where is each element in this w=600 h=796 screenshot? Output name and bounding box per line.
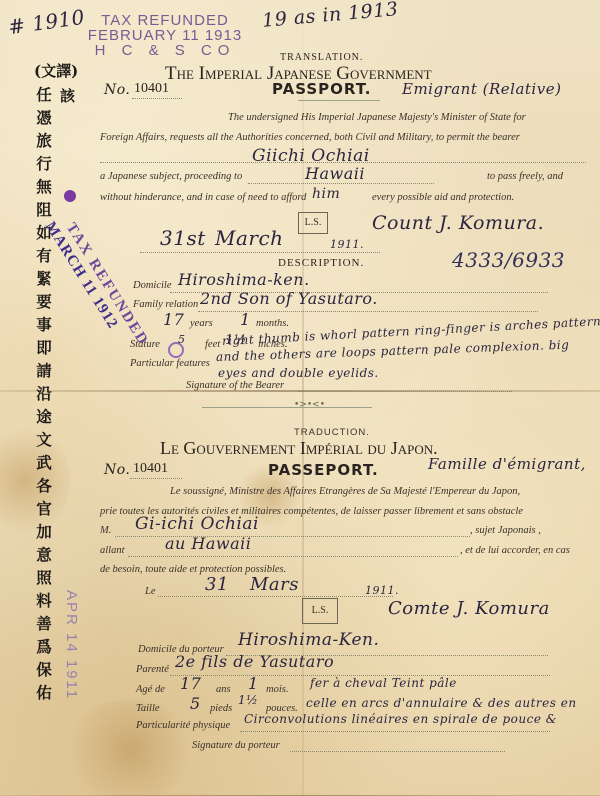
bearer-name: Giichi Ochiai [252,146,370,166]
passport-number: 10401 [134,81,169,97]
kanji: 沿 [33,382,55,405]
domicile-label: Domicile [133,280,172,291]
stature-feet: 5 [178,333,186,346]
french-line-1: Le soussigné, Ministre des Affaires Etra… [170,486,520,497]
le-label: Le [145,586,156,597]
description-heading: DESCRIPTION. [278,257,364,269]
japanese-text-column: 任 憑 旅 行 無 阻 如 有 緊 要 事 即 請 沿 途 文 武 各 官 加 … [33,83,55,704]
english-line-3-prefix: a Japanese subject, proceeding to [100,171,242,182]
traduction-label: TRADUCTION. [294,427,370,438]
months-label: months. [256,318,289,329]
stamp-line: FEBRUARY 11 1913 [80,28,250,43]
kanji: 料 [33,589,55,612]
stature-label: Stature [130,339,160,350]
kanji: 保 [33,658,55,681]
age-years-value: 17 [163,310,184,329]
kanji: 照 [33,566,55,589]
kanji: 意 [33,543,55,566]
pronoun: him [312,186,340,202]
kanji: 文 [33,428,55,451]
japanese-header: (文譯) [34,60,78,81]
kanji: 官 [33,497,55,520]
pieds-label: pieds [210,703,232,714]
stamp-line: H C & S CO [80,43,250,58]
japanese-char: 該 [60,85,75,106]
kanji: 各 [33,474,55,497]
issue-month-fr: Mars [250,574,299,595]
reference-number: 4333/6933 [452,248,565,272]
kanji: 事 [33,313,55,336]
features-line-3-fr: Circonvolutions linéaires en spirale de … [244,712,557,726]
family-relation-value: 2nd Son of Yasutaro. [200,289,378,308]
ornament-rule [202,407,372,408]
issue-day: 31st [160,226,206,250]
bearer-name-fr: Gi-ichi Ochiai [135,514,259,534]
ans-label: ans [216,684,231,695]
dotted-line [240,731,550,732]
passport-document: # 1910 19 as in 1913 TAX REFUNDED FEBRUA… [0,0,600,796]
seal-box: L.S. [298,212,328,234]
english-line-2: Foreign Affairs, requests all the Author… [100,132,520,143]
english-line-4-suffix: every possible aid and protection. [372,192,514,203]
dotted-line [158,596,393,597]
dotted-line [298,391,512,392]
rule [298,100,380,101]
kanji: 旅 [33,129,55,152]
allant-label: allant [100,545,125,556]
kanji: 武 [33,451,55,474]
passeport-title: PASSEPORT. [268,461,379,479]
kanji: 要 [33,290,55,313]
translation-label: TRANSLATION. [280,52,363,63]
kanji: 即 [33,336,55,359]
years-label: years [190,318,213,329]
passport-category: Emigrant (Relative) [402,80,561,98]
stamp-line: TAX REFUNDED [80,13,250,28]
dotted-line [290,751,505,752]
no-label: No. [104,82,130,98]
mois-label: mois. [266,684,288,695]
kanji: 爲 [33,635,55,658]
allant-suffix: , et de lui accorder, en cas [460,545,570,556]
feet-label: feet [205,339,220,350]
age-years-fr: 17 [180,674,201,693]
features-line-2-fr: celle en arcs d'annulaire & des autres e… [306,696,577,710]
parente-value: 2e fils de Yasutaro [175,652,334,671]
kanji: 善 [33,612,55,635]
kanji: 憑 [33,106,55,129]
age-months-fr: 1 [248,674,259,693]
issue-year: 1911. [330,238,364,251]
french-government-title: Le Gouvernement Impérial du Japon. [160,438,438,459]
particular-features-label: Particular features [130,358,210,369]
destination-fr: au Hawaii [165,534,251,553]
family-relation-label: Family relation [133,299,198,310]
dotted-line [128,556,458,557]
taille-pouces-value: 1½ [238,693,258,707]
dotted-line [248,183,434,184]
dotted-line [100,162,586,163]
parente-label: Parenté [136,664,169,675]
kanji: 無 [33,175,55,198]
kanji: 佑 [33,681,55,704]
taille-pieds-value: 5 [190,694,201,713]
stain [60,700,200,796]
passport-title: PASSPORT. [272,80,371,98]
minister-signature: Count J. Komura. [372,212,544,234]
annotation-top-right: 19 as in 1913 [261,0,399,32]
signature-porteur-label: Signature du porteur [192,740,280,751]
kanji: 加 [33,520,55,543]
destination: Hawaii [305,164,365,183]
kanji: 有 [33,244,55,267]
physique-label: Particularité physique [136,720,230,731]
features-line-3: eyes and double eyelids. [218,366,379,380]
dotted-line [130,478,182,479]
seal-box-fr: L.S. [302,598,338,624]
age-label-fr: Agé de [136,684,165,695]
domicile-value: Hiroshima-ken. [178,270,310,289]
issue-month: March [215,226,284,250]
english-line-1: The undersigned His Imperial Japanese Ma… [228,112,526,123]
annotation-top-left: # 1910 [7,5,87,39]
m-label: M. [100,525,111,536]
kanji: 阻 [33,198,55,221]
no-label-fr: No. [104,462,130,478]
signature-bearer-label: Signature of the Bearer [186,380,284,391]
age-months-value: 1 [240,310,251,329]
issue-day-fr: 31 [205,574,229,595]
features-line-1-fr: fer à cheval Teint pâle [310,676,457,690]
crest-stamp-icon [64,190,76,202]
ornament-icon: •>•<• [294,400,325,410]
passport-number-fr: 10401 [133,461,168,477]
date-stamp-side: APR 14 1911 [63,590,80,700]
kanji: 途 [33,405,55,428]
kanji: 任 [33,83,55,106]
dotted-line [140,252,380,253]
taille-label: Taille [136,703,160,714]
domicile-value-fr: Hiroshima-Ken. [238,630,379,650]
kanji: 請 [33,359,55,382]
dotted-line [132,98,182,99]
minister-signature-fr: Comte J. Komura [388,598,550,619]
english-line-3-suffix: to pass freely, and [487,171,563,182]
kanji: 緊 [33,267,55,290]
subject-label: , sujet Japonais , [470,525,541,536]
english-line-4-prefix: without hinderance, and in case of need … [100,192,306,203]
kanji: 行 [33,152,55,175]
tax-refunded-stamp-top: TAX REFUNDED FEBRUARY 11 1913 H C & S CO [80,13,250,58]
passeport-category: Famille d'émigrant, [428,455,586,473]
